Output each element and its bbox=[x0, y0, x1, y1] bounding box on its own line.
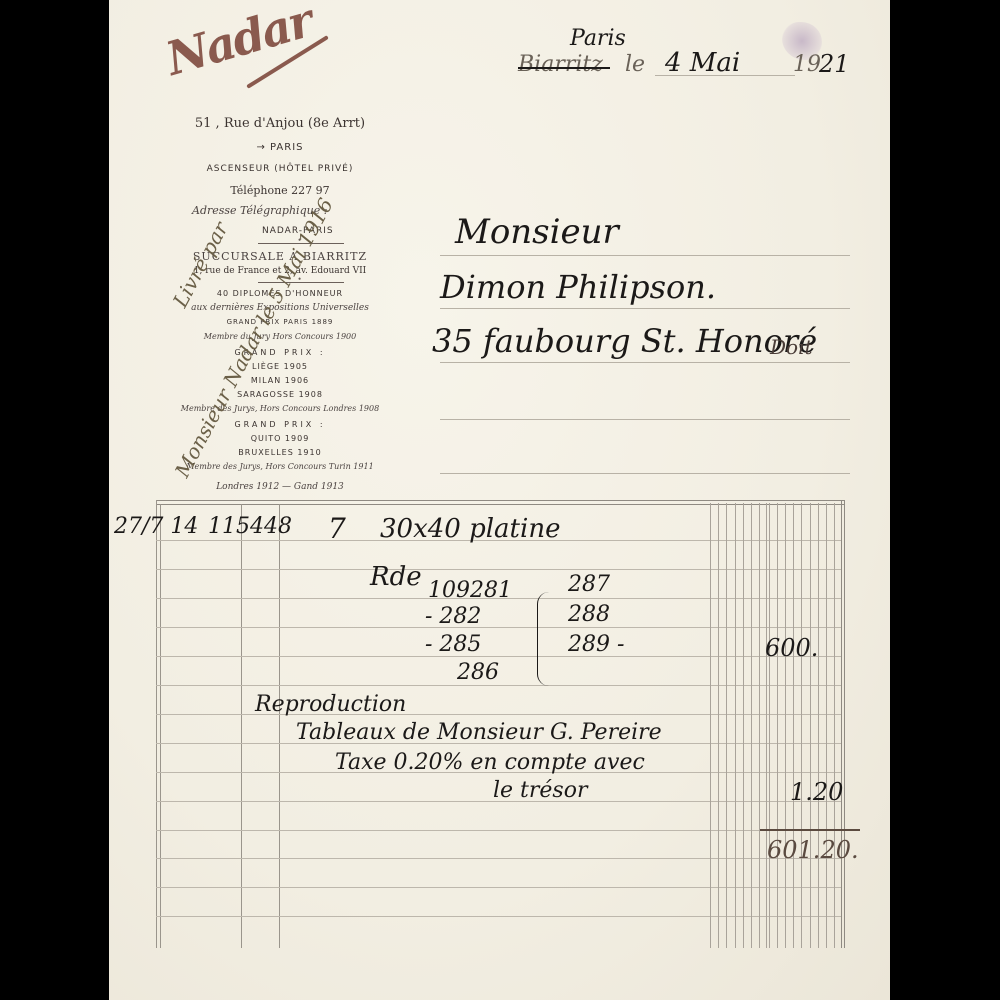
table-col-divider bbox=[279, 504, 280, 948]
invoice-total: 601.20. bbox=[767, 836, 859, 864]
table-row-line bbox=[156, 887, 842, 888]
table-left-border bbox=[156, 500, 157, 948]
amount-grid-line bbox=[769, 503, 770, 948]
address-rule bbox=[440, 308, 850, 309]
total-rule bbox=[760, 829, 860, 831]
amount-grid-line bbox=[793, 503, 794, 948]
reference-number: - 285 bbox=[425, 632, 481, 657]
award-line: GRAND PRIX : bbox=[160, 348, 400, 357]
dateline-year-prefix: 19 bbox=[793, 52, 821, 77]
order-number: 115448 bbox=[208, 514, 292, 539]
elevator-note: Ascenseur (Hôtel Privé) bbox=[160, 164, 400, 174]
address-rule bbox=[440, 255, 850, 256]
table-col-divider bbox=[241, 504, 242, 948]
amount-grid-line bbox=[759, 503, 760, 948]
award-line: Londres 1912 — Gand 1913 bbox=[160, 482, 400, 492]
amount-grid-line bbox=[777, 503, 778, 948]
doit-label: Doit bbox=[770, 335, 813, 359]
description-line: Taxe 0.20% en compte avec bbox=[335, 750, 645, 775]
amount-grid-line bbox=[785, 503, 786, 948]
reference-number: - 282 bbox=[425, 604, 481, 629]
amount-grid-line bbox=[710, 503, 711, 948]
amount-grid-line bbox=[735, 503, 736, 948]
salutation: Monsieur bbox=[455, 212, 619, 252]
tax-amount: 1.20 bbox=[790, 778, 843, 806]
reference-number: 109281 bbox=[428, 578, 512, 603]
reference-number: 288 bbox=[568, 602, 610, 627]
description-line: Tableaux de Monsieur G. Pereire bbox=[296, 720, 662, 745]
address-rule bbox=[440, 473, 850, 474]
table-right-border bbox=[844, 500, 845, 948]
amount-grid-line bbox=[818, 503, 819, 948]
studio-city: → Paris bbox=[160, 142, 400, 153]
table-top-border bbox=[156, 500, 844, 501]
amount-grid-line bbox=[766, 503, 767, 948]
line-date: 27/7 14 bbox=[114, 514, 198, 539]
award-line: GRAND PRIX PARIS 1889 bbox=[160, 318, 400, 326]
amount-grid-line bbox=[834, 503, 835, 948]
recipient-name: Dimon Philipson. bbox=[440, 268, 716, 306]
amount-grid-line bbox=[810, 503, 811, 948]
description-line: Reproduction bbox=[255, 692, 406, 717]
reference-label: Rde bbox=[370, 562, 422, 592]
table-row-line bbox=[156, 627, 842, 628]
reference-number: 289 - bbox=[568, 632, 624, 657]
table-row-line bbox=[156, 569, 842, 570]
table-row-line bbox=[156, 858, 842, 859]
telephone: Téléphone 227 97 bbox=[160, 184, 400, 197]
dateline-day-month: 4 Mai bbox=[665, 48, 740, 78]
dateline-rule bbox=[655, 75, 795, 76]
address-rule bbox=[440, 362, 850, 363]
dateline-struck-city: Biarritz bbox=[518, 52, 603, 77]
amount-grid-line bbox=[726, 503, 727, 948]
amount-grid-line bbox=[826, 503, 827, 948]
table-row-line bbox=[156, 656, 842, 657]
award-line: Membre des Jurys, Hors Concours Londres … bbox=[160, 404, 400, 413]
amount-grid-line bbox=[743, 503, 744, 948]
dateline-year-suffix: 21 bbox=[819, 50, 850, 78]
table-row-line bbox=[156, 916, 842, 917]
item-description: 30x40 platine bbox=[380, 514, 560, 544]
table-row-line bbox=[156, 685, 842, 686]
quantity: 7 bbox=[328, 512, 346, 545]
description-line: le trésor bbox=[493, 778, 587, 803]
studio-address: 51 , Rue d'Anjou (8e Arrt) bbox=[160, 116, 400, 131]
amount-grid-line bbox=[751, 503, 752, 948]
strikethrough bbox=[518, 67, 610, 69]
reference-number: 286 bbox=[457, 660, 499, 685]
award-line: LIÈGE 1905 bbox=[160, 362, 400, 371]
amount-grid-line bbox=[801, 503, 802, 948]
table-right-border bbox=[841, 500, 842, 948]
dateline-city: Paris bbox=[570, 26, 626, 51]
amount-grid-line bbox=[718, 503, 719, 948]
award-line: Membre du Jury Hors Concours 1900 bbox=[160, 332, 400, 341]
table-left-border bbox=[160, 504, 161, 948]
dateline-le: le bbox=[625, 52, 645, 77]
table-top-border bbox=[156, 504, 844, 505]
address-rule bbox=[440, 419, 850, 420]
reference-number: 287 bbox=[568, 572, 610, 597]
amount-main: 600. bbox=[765, 634, 818, 662]
award-line: MILAN 1906 bbox=[160, 376, 400, 385]
city-label: Paris bbox=[270, 142, 303, 153]
recipient-address: 35 faubourg St. Honoré bbox=[432, 322, 817, 360]
table-row-line bbox=[156, 830, 842, 831]
award-line: SARAGOSSE 1908 bbox=[160, 390, 400, 399]
bracket bbox=[537, 592, 552, 686]
